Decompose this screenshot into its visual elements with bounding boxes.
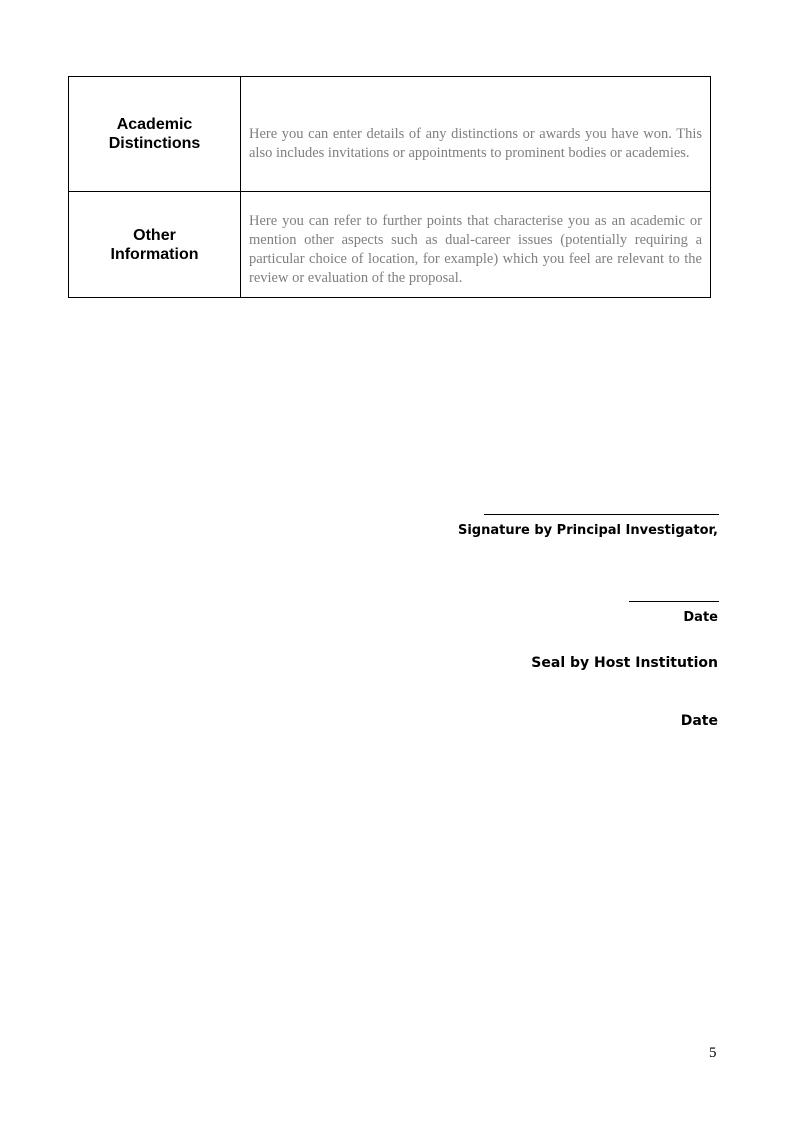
date-label: Date bbox=[683, 610, 718, 625]
page-number: 5 bbox=[709, 1045, 717, 1062]
signature-line[interactable] bbox=[484, 514, 719, 515]
row-label-other-information: OtherInformation bbox=[69, 192, 241, 298]
document-page: AcademicDistinctions Here you can enter … bbox=[0, 0, 793, 1122]
table-row: OtherInformation Here you can refer to f… bbox=[69, 192, 711, 298]
seal-label: Seal by Host Institution bbox=[531, 655, 718, 671]
cv-info-table: AcademicDistinctions Here you can enter … bbox=[68, 76, 711, 298]
table-row: AcademicDistinctions Here you can enter … bbox=[69, 77, 711, 192]
row-label-academic-distinctions: AcademicDistinctions bbox=[69, 77, 241, 192]
row-description-academic-distinctions[interactable]: Here you can enter details of any distin… bbox=[241, 77, 711, 192]
row-description-other-information[interactable]: Here you can refer to further points tha… bbox=[241, 192, 711, 298]
date-line[interactable] bbox=[629, 601, 719, 602]
seal-date-label: Date bbox=[681, 713, 718, 729]
pi-signature-label: Signature by Principal Investigator, bbox=[458, 523, 718, 538]
